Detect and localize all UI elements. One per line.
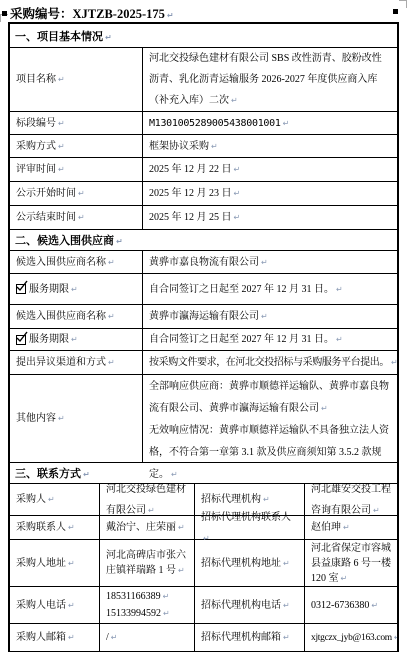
field-value: 河北交投绿色建材有限公司 (100, 484, 195, 515)
field-label: 服务期限 (10, 329, 143, 350)
black-square-marker (393, 9, 398, 14)
field-label: 评审时间 (10, 158, 143, 181)
field-label: 提出异议渠道和方式 (10, 351, 143, 374)
table-row: 公示开始时间 2025 年 12 月 23 日 (10, 182, 397, 206)
section3-title: 三、联系方式 (15, 465, 90, 481)
section1-title: 一、项目基本情况 (15, 28, 112, 44)
field-label: 招标代理机构联系人 (195, 516, 305, 539)
table-row: 评审时间 2025 年 12 月 22 日 (10, 158, 397, 182)
field-label: 采购方式 (10, 135, 143, 157)
other-content-line: 全部响应供应商：黄骅市顺德祥运输队、黄骅市嘉良物流有限公司、黄骅市瀛海运输有限公… (149, 376, 391, 420)
table-row: 项目名称 河北交投绿色建材有限公司 SBS 改性沥青、胶粉改性沥青、乳化沥青运输… (10, 48, 397, 112)
field-label: 招标代理机构电话 (195, 587, 305, 623)
field-value: 河北省保定市容城县益康路 6 号一楼 120 室 (305, 540, 397, 586)
field-value: 黄骅市瀛海运输有限公司 (143, 305, 397, 328)
field-value: 黄骅市嘉良物流有限公司 (143, 251, 397, 273)
field-label: 采购人邮箱 (10, 624, 100, 651)
section1-header: 一、项目基本情况 (10, 24, 397, 48)
phone-line: 18531166389 (106, 588, 188, 605)
field-label: 项目名称 (10, 48, 143, 111)
document-page: 采购编号：XJTZB-2025-175 一、项目基本情况 项目名称 河北交投绿色… (0, 0, 407, 652)
checked-checkbox-icon (16, 284, 26, 294)
field-label: 招标代理机构地址 (195, 540, 305, 586)
email-value: xjtgczx_jyb@163.com (305, 624, 397, 651)
procurement-number-title: 采购编号：XJTZB-2025-175 (10, 4, 174, 22)
black-square-bullet-icon (2, 11, 7, 16)
checked-checkbox-icon (16, 335, 26, 345)
field-value: 2025 年 12 月 23 日 (143, 182, 397, 205)
other-content-line: 无效响应情况：黄骅市顺德祥运输队不具备独立法人资格，不符合第一章第 3.1 款及… (149, 420, 391, 486)
field-value: 河北雄安交投工程咨询有限公司 (305, 484, 397, 515)
field-value: 按采购文件要求，在河北交投招标与采购服务平台提出。 (143, 351, 397, 374)
field-label: 候选入围供应商名称 (10, 305, 143, 328)
procurement-table: 一、项目基本情况 项目名称 河北交投绿色建材有限公司 SBS 改性沥青、胶粉改性… (8, 22, 399, 652)
field-value: 河北交投绿色建材有限公司 SBS 改性沥青、胶粉改性沥青、乳化沥青运输服务 20… (143, 48, 397, 111)
field-value: 赵伯珅 (305, 516, 397, 539)
table-row: 提出异议渠道和方式 按采购文件要求，在河北交投招标与采购服务平台提出。 (10, 351, 397, 375)
field-label: 采购联系人 (10, 516, 100, 539)
table-row: 候选入围供应商名称 黄骅市嘉良物流有限公司 (10, 251, 397, 274)
field-label: 招标代理机构邮箱 (195, 624, 305, 651)
field-label: 服务期限 (10, 274, 143, 304)
field-label: 标段编号 (10, 112, 143, 134)
table-row: 采购方式 框架协议采购 (10, 135, 397, 158)
field-value: 自合同签订之日起至 2027 年 12 月 31 日。 (143, 274, 397, 304)
table-row: 采购联系人 戴治宁、庄荣丽 招标代理机构联系人 赵伯珅 (10, 516, 397, 540)
field-value: 框架协议采购 (143, 135, 397, 157)
field-label: 其他内容 (10, 375, 143, 462)
field-label: 采购人 (10, 484, 100, 515)
field-value: 2025 年 12 月 22 日 (143, 158, 397, 181)
document-header: 采购编号：XJTZB-2025-175 (2, 4, 174, 22)
field-label: 候选入围供应商名称 (10, 251, 143, 273)
table-row: 公示结束时间 2025 年 12 月 25 日 (10, 206, 397, 230)
table-row: 候选入围供应商名称 黄骅市瀛海运输有限公司 (10, 305, 397, 329)
table-row: 服务期限 自合同签订之日起至 2027 年 12 月 31 日。 (10, 274, 397, 305)
field-value: 自合同签订之日起至 2027 年 12 月 31 日。 (143, 329, 397, 350)
field-value: 河北高碑店市张六庄镇祥瑞路 1 号 (100, 540, 195, 586)
table-row: 采购人地址 河北高碑店市张六庄镇祥瑞路 1 号 招标代理机构地址 河北省保定市容… (10, 540, 397, 587)
field-value: / (100, 624, 195, 651)
field-label: 公示结束时间 (10, 206, 143, 229)
table-row: 标段编号 M1301005289005438001001 (10, 112, 397, 135)
table-row: 采购人邮箱 / 招标代理机构邮箱 xjtgczx_jyb@163.com (10, 624, 397, 651)
field-value: 0312-6736380 (305, 587, 397, 623)
phone-line: 15133994592 (106, 605, 188, 622)
field-label: 采购人地址 (10, 540, 100, 586)
field-value: 戴治宁、庄荣丽 (100, 516, 195, 539)
field-value: 全部响应供应商：黄骅市顺德祥运输队、黄骅市嘉良物流有限公司、黄骅市瀛海运输有限公… (143, 375, 397, 462)
table-row: 服务期限 自合同签订之日起至 2027 年 12 月 31 日。 (10, 329, 397, 351)
table-row: 采购人电话 18531166389 15133994592 招标代理机构电话 0… (10, 587, 397, 624)
section2-title: 二、候选入围供应商 (15, 232, 123, 248)
field-label: 公示开始时间 (10, 182, 143, 205)
field-value: M1301005289005438001001 (143, 112, 397, 134)
field-value: 2025 年 12 月 25 日 (143, 206, 397, 229)
table-row: 其他内容 全部响应供应商：黄骅市顺德祥运输队、黄骅市嘉良物流有限公司、黄骅市瀛海… (10, 375, 397, 463)
text-boundary-mark (399, 0, 407, 8)
section2-header: 二、候选入围供应商 (10, 230, 397, 251)
field-value: 18531166389 15133994592 (100, 587, 195, 623)
field-label: 采购人电话 (10, 587, 100, 623)
